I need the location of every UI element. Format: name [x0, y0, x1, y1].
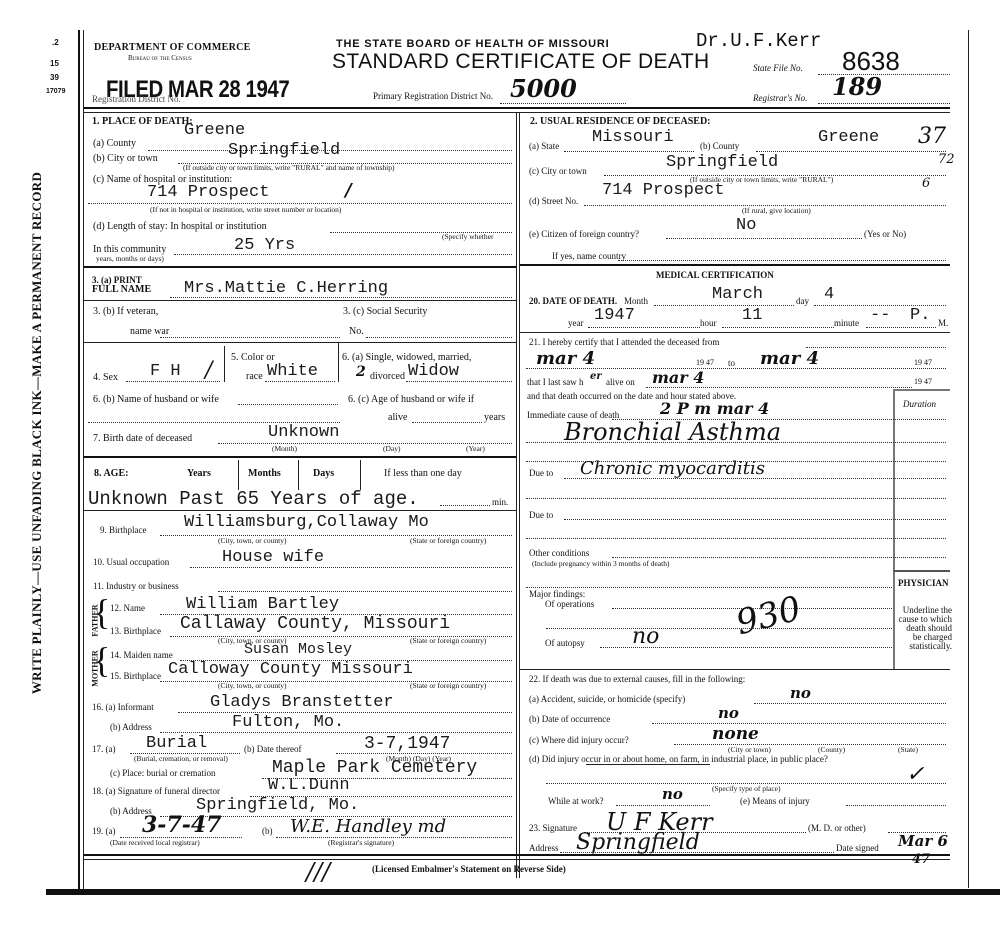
war-line	[160, 336, 340, 338]
section-rule	[84, 456, 516, 458]
birthplace-label: 9. Birthplace	[100, 525, 147, 535]
marital-code: 2	[356, 364, 366, 380]
city-note: (City, town, or county)	[218, 681, 286, 690]
md-label: (M. D. or other)	[808, 823, 866, 833]
race-marital-divider	[338, 342, 339, 382]
registrar-sig-value: W.E. Handley md	[290, 816, 446, 837]
autopsy-line-1	[546, 627, 892, 629]
birth-month-note: (Month)	[272, 444, 297, 453]
other-label: Other conditions	[529, 548, 589, 558]
immediate-line-2	[526, 441, 946, 443]
city-value: Springfield	[228, 141, 340, 160]
section-rule	[520, 332, 950, 333]
work-value: no	[662, 785, 683, 803]
margin-code: 72	[938, 152, 955, 167]
section-rule	[520, 669, 950, 670]
ssn-no-label: No.	[349, 326, 364, 337]
received-label: 19. (a)	[92, 826, 116, 836]
check-mark: ✓	[906, 762, 924, 787]
primary-district-value: 5000	[510, 74, 577, 103]
name-label-b: FULL NAME	[92, 285, 151, 295]
alive-label: alive	[388, 412, 407, 423]
primary-district-line	[500, 102, 626, 104]
res-street-label: (d) Street No.	[529, 196, 578, 206]
duration-divider	[893, 389, 895, 669]
external-a-line	[754, 702, 946, 704]
last-saw-label: that I last saw h	[527, 377, 584, 387]
work-label: While at work?	[548, 796, 603, 806]
informant-addr-value: Fulton, Mo.	[232, 713, 344, 732]
res-county-label: (b) County	[700, 141, 739, 151]
due-to-2-line-2	[526, 537, 946, 539]
from-year: 19 47	[696, 358, 714, 367]
received-note: (Date received local registrar)	[110, 838, 200, 847]
birthplace-value: Williamsburg,Collaway Mo	[184, 513, 429, 532]
bureau-label: Bureau of the Census	[128, 54, 192, 62]
footer-mark: ///	[306, 858, 330, 886]
ssn-label: 3. (c) Social Security	[343, 306, 427, 317]
res-street-note: (If rural, give location)	[742, 206, 811, 215]
address-line	[560, 851, 834, 853]
margin-number: 15	[50, 59, 59, 68]
side-banner: WRITE PLAINLY—USE UNFADING BLACK INK—MAK…	[29, 113, 45, 753]
informant-value: Gladys Branstetter	[210, 693, 394, 712]
father-birth-label: 13. Birthplace	[110, 626, 161, 636]
month-line	[654, 304, 794, 306]
birth-label: 7. Birth date of deceased	[93, 433, 192, 444]
registrar-no-value: 189	[832, 72, 882, 101]
specify-place-note: (Specify type of place)	[712, 784, 781, 793]
column-divider-2	[519, 112, 520, 878]
section-rule	[520, 264, 950, 266]
county-label: (a) County	[93, 138, 136, 149]
external-a-label: (a) Accident, suicide, or homicide (spec…	[529, 694, 685, 704]
date-thereof-value: 3-7,1947	[364, 734, 450, 754]
attended-line	[526, 367, 946, 369]
age-months-head: Months	[248, 468, 281, 479]
address-label: Address	[529, 843, 559, 853]
major-label: Major findings:	[529, 589, 585, 599]
father-name-label: 12. Name	[110, 603, 145, 613]
mother-birth-label: 15. Birthplace	[110, 671, 161, 681]
veteran-rule	[84, 342, 516, 343]
divorced-label: divorced	[370, 371, 405, 382]
section-rule	[84, 266, 516, 268]
footer-rule-2	[84, 859, 950, 860]
major-line	[526, 586, 892, 588]
month-label: Month	[624, 296, 648, 306]
day-label: day	[796, 296, 809, 306]
border-right	[968, 30, 969, 888]
external-b-line	[652, 722, 946, 724]
city-note: (City, town, or county)	[218, 536, 286, 545]
race-label: race	[246, 371, 263, 382]
sex-line	[126, 380, 220, 382]
name-rule	[84, 300, 516, 301]
father-name-value: William Bartley	[186, 595, 339, 614]
registration-district-label: Registration District No.	[92, 94, 181, 104]
res-city-value: Springfield	[666, 153, 778, 172]
column-divider	[516, 112, 517, 878]
primary-district-label: Primary Registration District No.	[373, 91, 493, 101]
county-value: Greene	[184, 121, 245, 140]
spouse-line	[238, 403, 338, 405]
alive-on-value: mar 4	[652, 368, 704, 387]
city-label: (b) City or town	[93, 153, 158, 164]
hour-value: 11	[742, 306, 762, 325]
sex-value: F H	[150, 362, 181, 381]
section-rule	[84, 510, 516, 511]
margin-number: .2	[52, 38, 59, 47]
informant-line	[178, 711, 512, 713]
year-value: 1947	[594, 306, 635, 325]
operations-label: Of operations	[545, 599, 594, 609]
spouse-label: 6. (b) Name of husband or wife	[93, 394, 219, 405]
margin-number: 39	[50, 73, 59, 82]
residence-heading: 2. USUAL RESIDENCE OF DECEASED:	[530, 116, 711, 127]
due-to-2-line	[564, 518, 946, 520]
birth-year-note: (Year)	[466, 444, 485, 453]
marital-value: Widow	[408, 362, 459, 381]
res-state-label: (a) State	[529, 141, 559, 151]
maiden-value: Susan Mosley	[244, 641, 352, 658]
age-lt-day-head: If less than one day	[384, 468, 462, 479]
race-line	[265, 380, 335, 382]
minute-value: --	[870, 306, 890, 325]
due-to-line	[564, 477, 946, 479]
disposal-label: 17. (a)	[92, 744, 116, 754]
duration-label: Duration	[903, 399, 936, 409]
external-c-label: (c) Where did injury occur?	[529, 735, 629, 745]
c-note-city: (City or town)	[728, 745, 771, 754]
age-min-line	[440, 504, 490, 506]
birth-day-note: (Day)	[383, 444, 401, 453]
external-a-value: no	[790, 684, 811, 702]
industry-line	[218, 590, 512, 592]
alive-line	[412, 421, 482, 423]
m-label: M.	[938, 318, 948, 328]
footer-rule	[84, 854, 950, 856]
years-label: years	[484, 412, 505, 423]
medical-heading: MEDICAL CERTIFICATION	[656, 270, 774, 280]
external-b-label: (b) Date of occurrence	[529, 714, 610, 724]
certify-label: 21. I hereby certify that I attended the…	[529, 337, 719, 347]
age-divider	[298, 460, 299, 490]
sex-label: 4. Sex	[93, 372, 118, 383]
father-birth-value: Callaway County, Missouri	[180, 614, 450, 634]
signature-label: 23. Signature	[529, 823, 577, 833]
citizen-note: (Yes or No)	[864, 229, 906, 239]
certify-line	[806, 346, 946, 348]
external-b-value: no	[718, 704, 739, 722]
alive-on-line	[646, 386, 912, 388]
to-year: 19 47	[914, 358, 932, 367]
industry-label: 11. Industry or business	[93, 581, 179, 591]
immediate-value-1: 2 P m mar 4	[660, 399, 769, 418]
external-d-label: (d) Did injury occur in or about home, o…	[529, 754, 828, 764]
home-underline	[586, 764, 710, 765]
state-note: (State or foreign country)	[410, 636, 486, 645]
occupation-line	[190, 566, 512, 568]
date-signed-value: Mar 6	[898, 832, 948, 850]
registrar-no-line	[818, 102, 950, 104]
hospital-value: 714 Prospect	[147, 183, 269, 202]
stay-label: (d) Length of stay: In hospital or insti…	[93, 221, 267, 232]
dept-label: DEPARTMENT OF COMMERCE	[94, 42, 251, 53]
informant-addr-label: (b) Address	[110, 722, 152, 732]
citizen-value: No	[736, 216, 756, 235]
external-c-value: none	[712, 724, 759, 744]
res-county-line	[756, 150, 946, 152]
board-label: THE STATE BOARD OF HEALTH OF MISSOURI	[336, 38, 609, 50]
form-top-rule	[84, 107, 950, 109]
registrar-sig-label: (b)	[262, 826, 273, 836]
date-signed-label: Date signed	[836, 843, 879, 853]
attended-to: mar 4	[760, 348, 819, 369]
hospital-note: (If not in hospital or institution, writ…	[150, 205, 341, 214]
due-to-value: Chronic myocarditis	[580, 458, 765, 479]
res-state-line	[564, 150, 694, 152]
registrar-sig-note: (Registrar's signature)	[328, 838, 394, 847]
minute-line	[866, 326, 936, 328]
duration-top	[893, 389, 950, 391]
res-state-value: Missouri	[592, 128, 674, 147]
country-line	[618, 259, 946, 261]
father-brace: {	[93, 594, 110, 630]
informant-addr-line	[160, 731, 512, 733]
age-divider	[360, 460, 361, 490]
border-left-inner	[83, 30, 84, 890]
physician-head: PHYSICIAN	[898, 578, 949, 588]
disposal-value: Burial	[146, 734, 207, 753]
other-note: (Include pregnancy within 3 months of de…	[532, 559, 669, 568]
res-city-label: (c) City or town	[529, 166, 587, 176]
border-left-outer	[78, 30, 80, 890]
c-note-state: (State)	[898, 745, 918, 754]
attended-from: mar 4	[536, 348, 595, 369]
ampm-value: P.	[910, 306, 930, 325]
ssn-line	[366, 336, 512, 338]
community-note: years, months or days)	[96, 254, 164, 263]
alive-year: 19 47	[914, 377, 932, 386]
alive-on-label: alive on	[606, 377, 635, 387]
due-to-line-2	[526, 497, 946, 499]
form-top-rule-2	[84, 112, 950, 113]
autopsy-label: Of autopsy	[545, 638, 585, 648]
c-note-county: (County)	[818, 745, 845, 754]
certificate-title: STANDARD CERTIFICATE OF DEATH	[332, 50, 710, 74]
mother-birth-value: Calloway County Missouri	[168, 660, 413, 679]
page-bottom-bar	[46, 889, 1000, 895]
state-note: (State or foreign country)	[410, 536, 486, 545]
margin-code: 6	[922, 176, 930, 191]
hour-line	[722, 326, 834, 328]
occupation-label: 10. Usual occupation	[93, 557, 169, 567]
sex-race-divider	[224, 346, 225, 382]
spouse-age-label: 6. (c) Age of husband or wife if	[348, 394, 474, 405]
due-to-2-label: Due to	[529, 510, 553, 520]
place-value: Maple Park Cemetery	[272, 758, 477, 778]
hospital-line	[88, 202, 512, 204]
last-saw-pronoun: er	[590, 371, 602, 382]
means-line	[846, 804, 946, 806]
mother-brace: {	[93, 642, 110, 678]
external-heading: 22. If death was due to external causes,…	[529, 674, 745, 684]
director-label: 18. (a) Signature of funeral director	[92, 786, 220, 796]
citizen-label: (e) Citizen of foreign country?	[529, 229, 639, 239]
means-label: (e) Means of injury	[740, 796, 810, 806]
country-label: If yes, name country	[552, 251, 626, 261]
date-thereof-label: (b) Date thereof	[244, 744, 301, 754]
year-line	[588, 326, 700, 328]
disposal-note: (Burial, cremation, or removal)	[134, 754, 228, 763]
name-line	[170, 296, 512, 298]
age-min-label: min.	[492, 497, 508, 507]
birth-value: Unknown	[268, 423, 339, 442]
informant-label: 16. (a) Informant	[92, 702, 154, 712]
check-mark: /	[345, 180, 352, 201]
director-value: W.L.Dunn	[268, 776, 350, 795]
other-line	[612, 556, 946, 558]
place-label: (c) Place: burial or cremation	[110, 768, 215, 778]
community-line	[174, 253, 512, 255]
physician-typed: Dr.U.F.Kerr	[696, 30, 821, 52]
year-label: year	[568, 318, 584, 328]
age-years-head: Years	[187, 468, 211, 479]
veteran-label: 3. (b) If veteran,	[93, 306, 158, 317]
date-of-death-label: 20. DATE OF DEATH.	[529, 296, 617, 306]
marital-line	[406, 380, 512, 382]
state-file-label: State File No.	[753, 63, 803, 73]
hour-label: hour	[700, 318, 717, 328]
margin-number: 17079	[46, 88, 65, 95]
registrar-no-label: Registrar's No.	[753, 93, 807, 103]
race-value: White	[267, 362, 318, 381]
maiden-label: 14. Maiden name	[110, 650, 173, 660]
work-line	[616, 804, 710, 806]
due-to-label: Due to	[529, 468, 553, 478]
age-value: Unknown Past 65 Years of age.	[88, 488, 419, 510]
city-note: (If outside city or town limits, write "…	[183, 163, 395, 172]
physician-rule	[893, 570, 950, 572]
res-county-value: Greene	[818, 128, 879, 147]
minute-label: minute	[834, 318, 859, 328]
cause-code: 930	[732, 589, 805, 644]
state-note: (State or foreign country)	[410, 681, 486, 690]
age-days-head: Days	[313, 468, 334, 479]
underline-note: Underline the cause to which death shoul…	[896, 606, 952, 651]
specify-note: (Specify whether	[442, 232, 493, 241]
occupation-value: House wife	[222, 548, 324, 567]
day-value: 4	[824, 285, 834, 304]
embalmer-note: (Licensed Embalmer's Statement on Revers…	[372, 864, 566, 874]
margin-code: 37	[918, 124, 946, 149]
citizen-line	[666, 237, 862, 239]
autopsy-line	[600, 646, 892, 648]
age-divider	[238, 460, 239, 490]
received-value: 3-7-47	[142, 812, 222, 838]
age-label: 8. AGE:	[94, 468, 128, 479]
place-of-death-heading: 1. PLACE OF DEATH:	[92, 116, 193, 127]
res-street-value: 714 Prospect	[602, 181, 724, 200]
month-value: March	[712, 285, 763, 304]
